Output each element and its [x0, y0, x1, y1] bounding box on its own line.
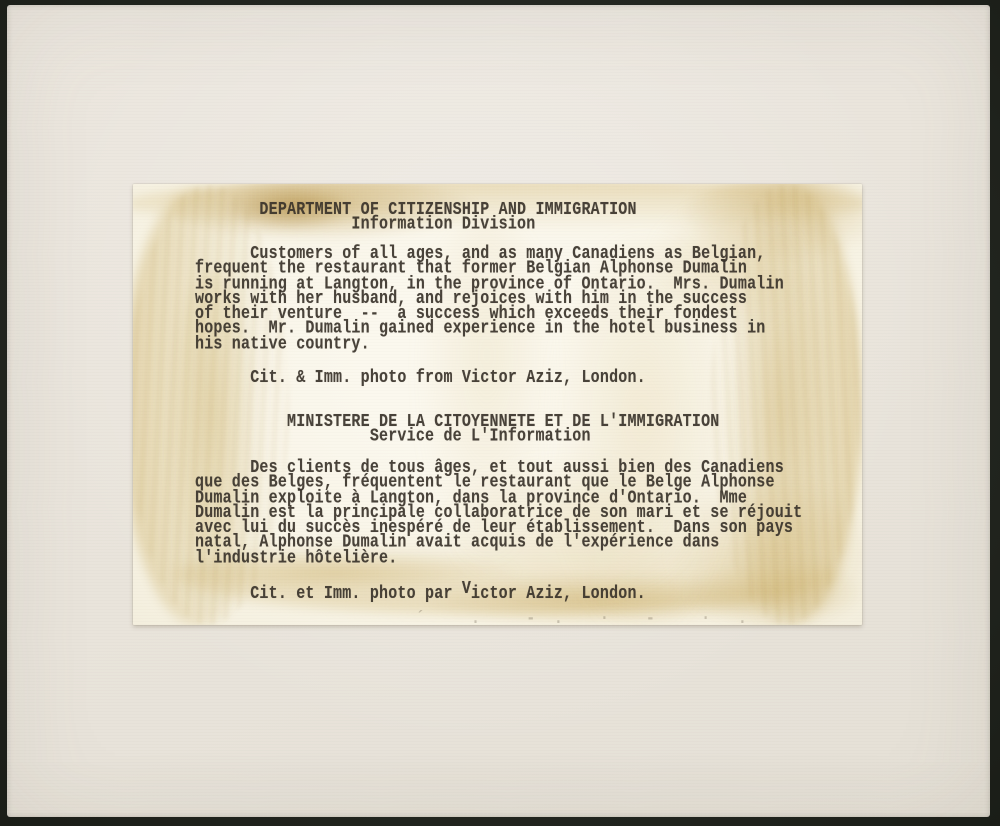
scanner-background: DEPARTMENT OF CITIZENSHIP AND IMMIGRATIO…	[0, 0, 1000, 826]
photo-mat-board: DEPARTMENT OF CITIZENSHIP AND IMMIGRATIO…	[7, 5, 990, 817]
french-credit-raised-v: V	[462, 578, 471, 599]
typed-caption-label: DEPARTMENT OF CITIZENSHIP AND IMMIGRATIO…	[133, 184, 862, 625]
faint-typed-marks: ´ . - . · - · .	[195, 612, 747, 625]
english-photo-credit-line: Cit. & Imm. photo from Victor Aziz, Lond…	[195, 371, 646, 386]
french-caption-paragraph: Des clients de tous âges, et tout aussi …	[195, 461, 802, 566]
french-credit-prefix: Cit. et Imm. photo par	[195, 583, 462, 604]
french-credit-suffix: ictor Aziz, London.	[471, 583, 646, 604]
french-ministry-heading: MINISTERE DE LA CITOYENNETE ET DE L'IMMI…	[195, 415, 719, 445]
english-caption-paragraph: Customers of all ages, and as many Canad…	[195, 247, 784, 352]
french-photo-credit-line: Cit. et Imm. photo par Victor Aziz, Lond…	[195, 587, 646, 602]
english-department-heading: DEPARTMENT OF CITIZENSHIP AND IMMIGRATIO…	[195, 203, 637, 233]
